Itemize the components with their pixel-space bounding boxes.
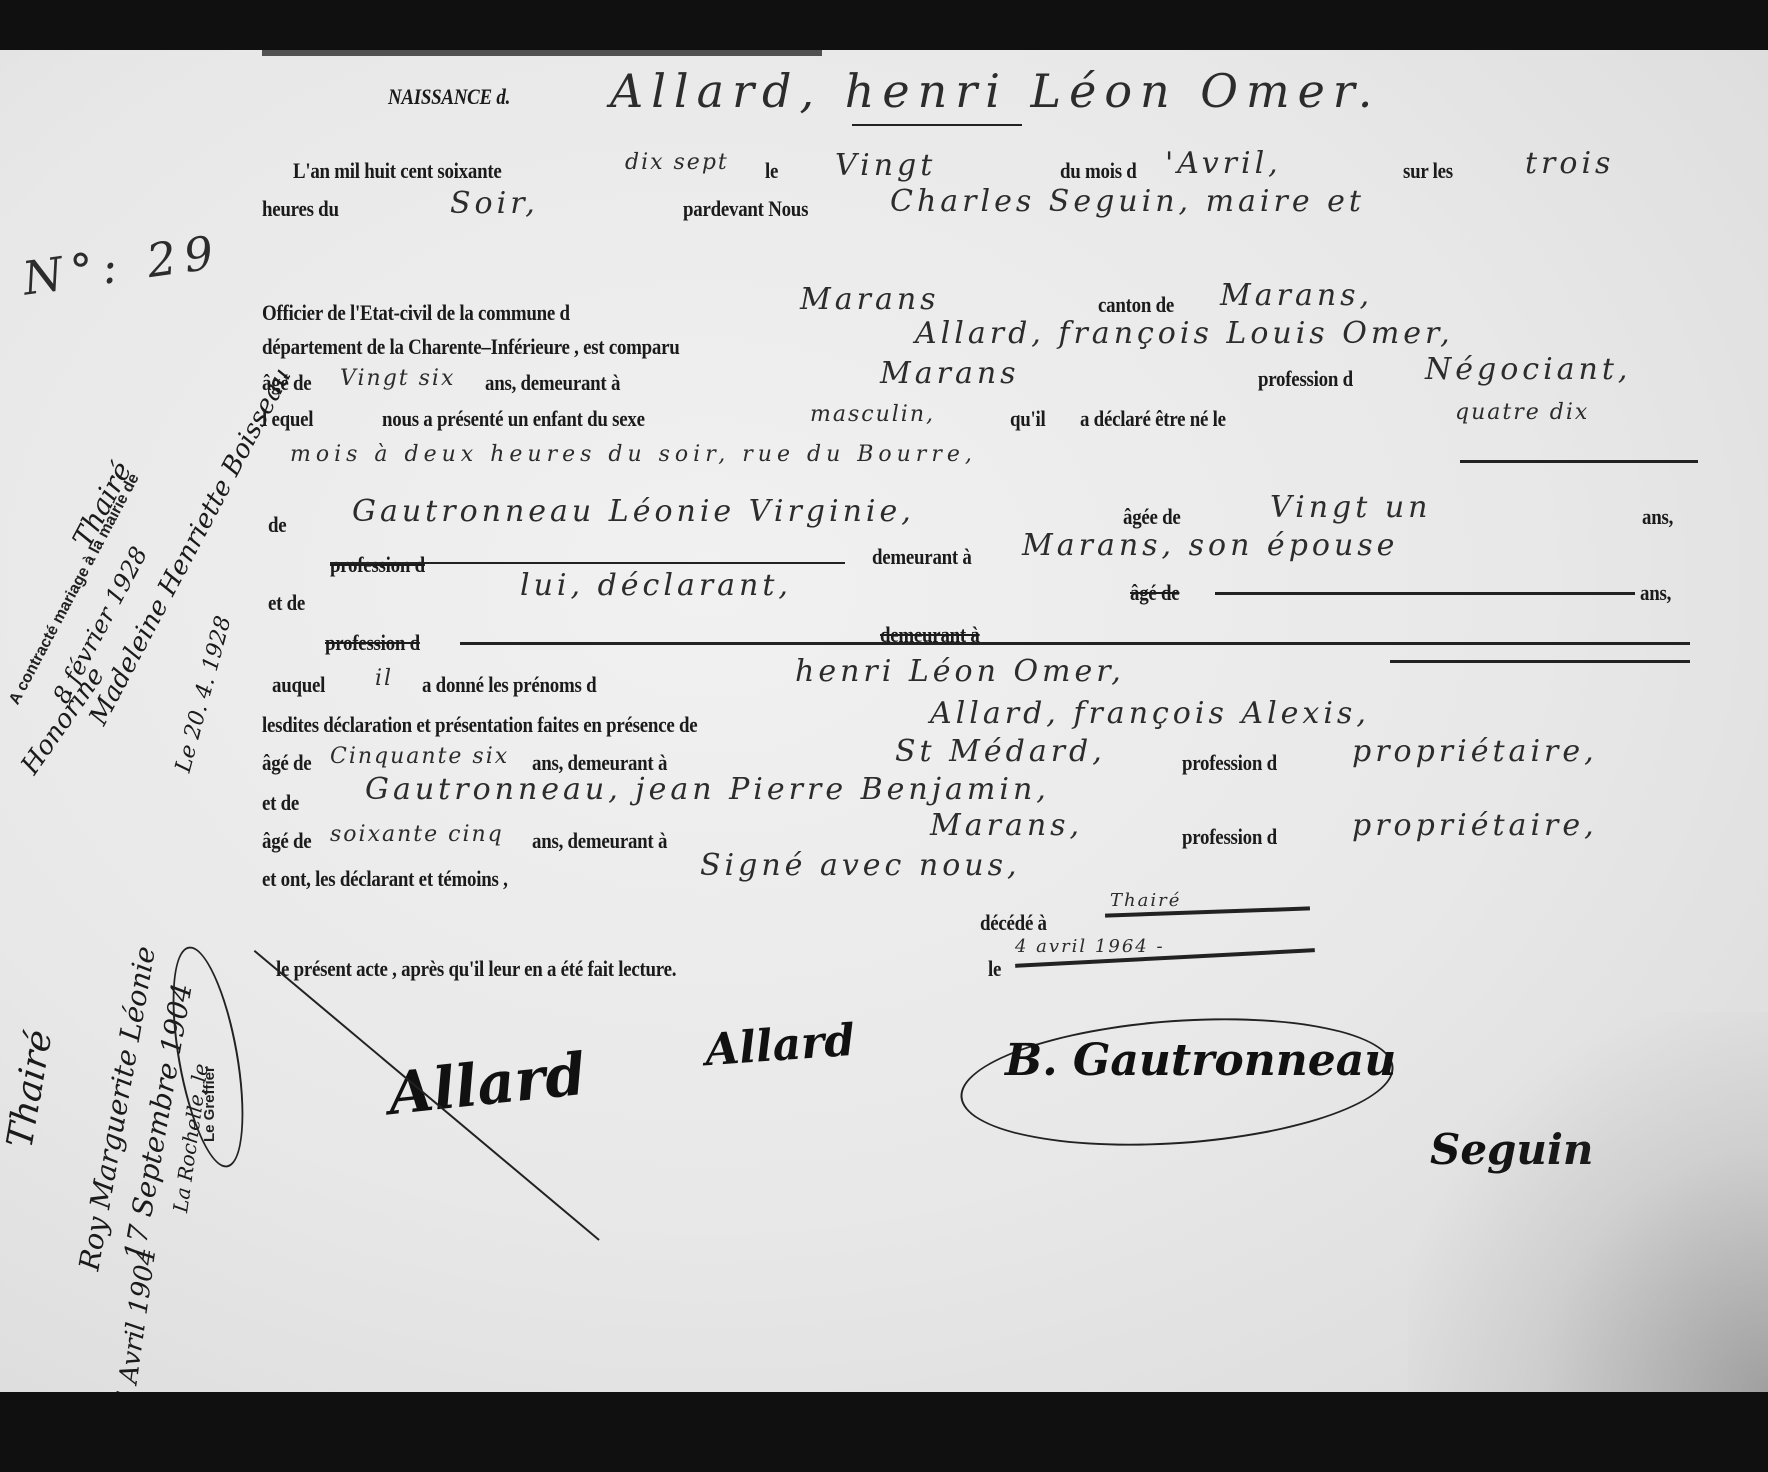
printed-officier: Officier de l'Etat-civil de la commune d [262, 300, 570, 326]
handwritten-mother-name: Gautronneau Léonie Virginie, [352, 494, 915, 529]
handwritten-day: Vingt [835, 148, 936, 183]
top-black-band [0, 0, 1768, 50]
printed-quil: qu'il [1010, 406, 1046, 432]
printed-month-label: du mois d [1060, 158, 1137, 184]
printed-profession-struck: profession d [325, 630, 420, 656]
handwritten-canton: Marans, [1220, 278, 1373, 313]
strike-line [330, 562, 845, 564]
handwritten-period: Soir, [450, 186, 539, 221]
printed-canton: canton de [1098, 292, 1174, 318]
handwritten-signed-with-us: Signé avec nous, [700, 848, 1021, 883]
printed-en-presence: lesdites déclaration et présentation fai… [262, 712, 697, 738]
death-date-label: le [988, 956, 1001, 982]
printed-et-de: et de [262, 790, 299, 816]
top-printed-rule [262, 50, 822, 56]
clerk-date: Le 20. 4. 1928 [171, 613, 237, 775]
handwritten-witness1-age: Cinquante six [330, 744, 509, 769]
printed-demeurant: ans, demeurant à [532, 828, 667, 854]
handwritten-mother-age: Vingt un [1270, 490, 1432, 525]
handwritten-officer: Charles Seguin, maire et [890, 184, 1365, 219]
signature-witness2: B. Gautronneau [1005, 1035, 1396, 1086]
printed-year-prefix: L'an mil huit cent soixante [293, 158, 502, 184]
printed-sur-les: sur les [1403, 158, 1453, 184]
death-date: 4 avril 1964 - [1015, 936, 1165, 957]
printed-le: le [765, 158, 778, 184]
printed-de: de [268, 512, 286, 538]
printed-et-ont: et ont, les déclarant et témoins , [262, 866, 508, 892]
handwritten-witness2-residence: Marans, [930, 808, 1083, 843]
printed-lecture: le présent acte , après qu'il leur en a … [276, 956, 676, 982]
printed-profession: profession d [1258, 366, 1353, 392]
clerk-stamp: Le Greffier [201, 1066, 218, 1142]
printed-age-de: âgé de [262, 828, 311, 854]
handwritten-sex: masculin, [810, 402, 935, 427]
handwritten-witness1-residence: St Médard, [895, 734, 1106, 769]
handwritten-father-residence: Marans [880, 356, 1020, 391]
printed-profession: profession d [1182, 750, 1277, 776]
handwritten-witness2: Gautronneau, jean Pierre Benjamin, [365, 772, 1050, 807]
scanned-birth-record: NAISSANCE d. Allard, henri Léon Omer. N°… [0, 50, 1768, 1392]
printed-auquel: auquel [272, 672, 325, 698]
handwritten-declarant-note: lui, déclarant, [520, 568, 792, 603]
printed-et-de: et de [268, 590, 305, 616]
printed-declare-etre-ne: a déclaré être né le [1080, 406, 1226, 432]
printed-agee-de: âgée de [1123, 504, 1181, 530]
printed-pardevant-nous: pardevant Nous [683, 196, 808, 222]
handwritten-witness1: Allard, françois Alexis, [930, 696, 1370, 731]
printed-age-de-struck: âgé de [1130, 580, 1179, 606]
signature-mayor: Seguin [1430, 1125, 1593, 1174]
record-number: N°: 29 [19, 224, 224, 305]
handwritten-birth-day: quatre dix [1455, 400, 1589, 425]
bottom-black-band [0, 1392, 1768, 1472]
handwritten-witness2-age: soixante cinq [330, 822, 504, 847]
handwritten-given-names: henri Léon Omer, [795, 654, 1125, 689]
printed-donne-prenoms: a donné les prénoms d [422, 672, 596, 698]
strike-line [1215, 592, 1635, 595]
death-place: Thairé [1110, 890, 1181, 911]
printed-demeurant: demeurant à [872, 544, 972, 570]
fill-line [1390, 660, 1690, 663]
printed-demeurant-struck: demeurant à [880, 622, 980, 648]
record-title-label: NAISSANCE d. [388, 84, 510, 110]
printed-demeurant: ans, demeurant à [485, 370, 620, 396]
name-underline [852, 124, 1022, 126]
handwritten-father-age: Vingt six [340, 366, 455, 391]
handwritten-hour: trois [1525, 146, 1614, 181]
handwritten-father-profession: Négociant, [1425, 352, 1631, 387]
printed-ans: ans, [1642, 504, 1673, 530]
third-note-date: 6 Avril 1904 [110, 1247, 162, 1392]
handwritten-month: 'Avril, [1165, 146, 1282, 181]
handwritten-father-name: Allard, françois Louis Omer, [915, 316, 1454, 351]
printed-profession: profession d [1182, 824, 1277, 850]
printed-ans: ans, [1640, 580, 1671, 606]
printed-enfant-du-sexe: nous a présenté un enfant du sexe [382, 406, 645, 432]
handwritten-mother-residence: Marans, son épouse [1022, 528, 1398, 563]
fill-line [1460, 460, 1698, 463]
subject-name: Allard, henri Léon Omer. [610, 64, 1380, 118]
handwritten-commune: Marans [800, 282, 940, 317]
signature-witness1: Allard [703, 1015, 856, 1076]
printed-departement: département de la Charente–Inférieure , … [262, 334, 680, 360]
printed-heures-du: heures du [262, 196, 339, 222]
death-place-label: décédé à [980, 910, 1047, 936]
handwritten-il: il [375, 666, 393, 691]
printed-age-de: âgé de [262, 750, 311, 776]
printed-profession-struck: profession d [330, 552, 425, 578]
handwritten-year: dix sept [625, 150, 729, 175]
marriage-spouse: Madeleine Henriette Boisseau [84, 363, 298, 730]
handwritten-witness1-profession: propriétaire, [1352, 734, 1598, 769]
handwritten-witness2-profession: propriétaire, [1352, 808, 1598, 843]
strike-line [460, 642, 1690, 645]
second-note-place: Thairé [0, 1027, 61, 1151]
handwritten-birth-details: mois à deux heures du soir, rue du Bourr… [290, 442, 977, 467]
